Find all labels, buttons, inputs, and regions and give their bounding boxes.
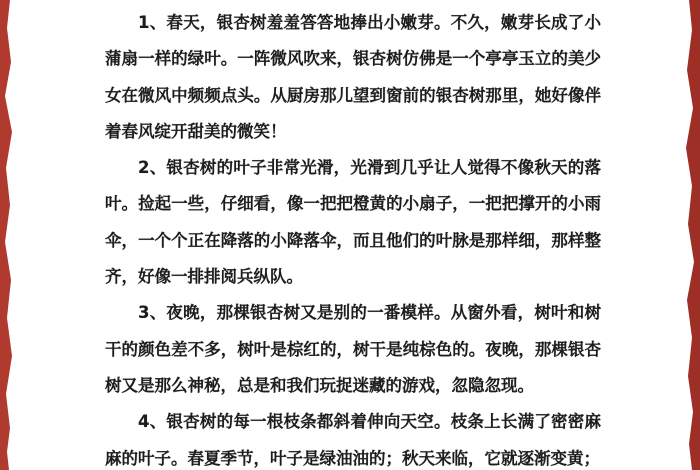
essay-paragraph-1: 1、春天，银杏树羞羞答答地捧出小嫩芽。不久，嫩芽长成了小蒲扇一样的绿叶。一阵微风…: [105, 5, 601, 150]
torn-red-edge-left: [0, 0, 16, 470]
essay-paragraph-3: 3、夜晚，那棵银杏树又是别的一番模样。从窗外看，树叶和树干的颜色差不多，树叶是棕…: [105, 295, 601, 404]
torn-red-edge-right-shape: [686, 0, 700, 470]
torn-red-edge-right: [682, 0, 700, 470]
essay-paragraph-4: 4、银杏树的每一根枝条都斜着伸向天空。枝条上长满了密密麻麻的叶子。春夏季节，叶子…: [105, 404, 601, 470]
scanned-essay-page: 1、春天，银杏树羞羞答答地捧出小嫩芽。不久，嫩芽长成了小蒲扇一样的绿叶。一阵微风…: [0, 0, 700, 470]
essay-paragraph-2: 2、银杏树的叶子非常光滑，光滑到几乎让人觉得不像秋天的落叶。捡起一些，仔细看，像…: [105, 150, 601, 295]
essay-text-block: 1、春天，银杏树羞羞答答地捧出小嫩芽。不久，嫩芽长成了小蒲扇一样的绿叶。一阵微风…: [105, 5, 601, 470]
torn-red-edge-left-shape: [0, 0, 12, 470]
